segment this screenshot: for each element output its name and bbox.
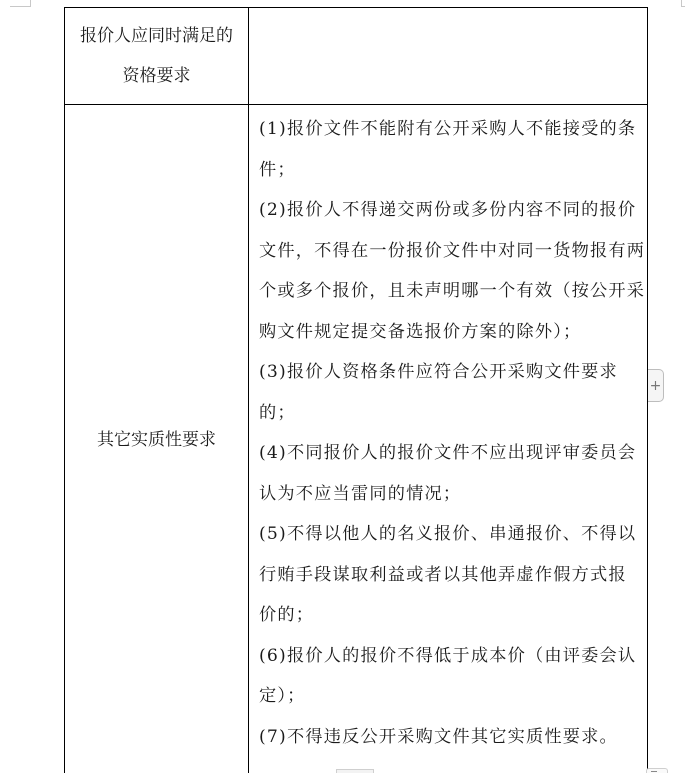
- content-line: (1)报价文件不能附有公开采购人不能接受的条: [259, 109, 639, 150]
- content-line: (6)报价人的报价不得低于成本价（由评委会认: [259, 636, 639, 677]
- content-line: 认为不应当雷同的情况；: [259, 474, 639, 515]
- add-row-button[interactable]: +: [648, 369, 664, 402]
- qualification-label-line-2: 资格要求: [65, 56, 248, 96]
- content-line: 购文件规定提交备选报价方案的除外）；: [259, 312, 639, 353]
- content-line: 件；: [259, 150, 639, 191]
- substantive-requirements-content-cell[interactable]: (1)报价文件不能附有公开采购人不能接受的条 件； (2)报价人不得递交两份或多…: [249, 105, 648, 773]
- content-line: 个或多个报价，且未声明哪一个有效（按公开采: [259, 271, 639, 312]
- table-row-substantive-requirements: 其它实质性要求 (1)报价文件不能附有公开采购人不能接受的条 件； (2)报价人…: [65, 105, 648, 773]
- content-line: (5)不得以他人的名义报价、串通报价、不得以: [259, 514, 639, 555]
- content-line: 行贿手段谋取利益或者以其他弄虚作假方式报: [259, 555, 639, 596]
- substantive-requirements-label-cell[interactable]: 其它实质性要求: [65, 105, 249, 773]
- content-line: 价的；: [259, 595, 639, 636]
- content-line: (4)不同报价人的报价文件不应出现评审委员会: [259, 433, 639, 474]
- qualification-label-cell[interactable]: 报价人应同时满足的 资格要求: [65, 8, 249, 105]
- qualification-content-cell[interactable]: [249, 8, 648, 105]
- page-corner-mark-top-right: [681, 0, 685, 7]
- qualification-label-line-1: 报价人应同时满足的: [65, 16, 248, 56]
- content-line: 定）；: [259, 676, 639, 717]
- substantive-requirements-label: 其它实质性要求: [65, 420, 248, 460]
- table-resize-handle[interactable]: [646, 768, 668, 773]
- content-line: (2)报价人不得递交两份或多份内容不同的报价: [259, 190, 639, 231]
- content-line: 的；: [259, 393, 639, 434]
- table-row-qualification: 报价人应同时满足的 资格要求: [65, 8, 648, 105]
- plus-icon: +: [650, 378, 662, 394]
- content-line: (3)报价人资格条件应符合公开采购文件要求: [259, 352, 639, 393]
- content-line: (7)不得违反公开采购文件其它实质性要求。: [259, 717, 639, 758]
- bottom-scroll-tab[interactable]: [336, 769, 374, 773]
- requirements-table: 报价人应同时满足的 资格要求 其它实质性要求 (1)报价文件不能附有公开采购人不…: [64, 7, 648, 773]
- page-corner-mark-top-left: [10, 0, 31, 7]
- content-line: 文件，不得在一份报价文件中对同一货物报有两: [259, 231, 639, 272]
